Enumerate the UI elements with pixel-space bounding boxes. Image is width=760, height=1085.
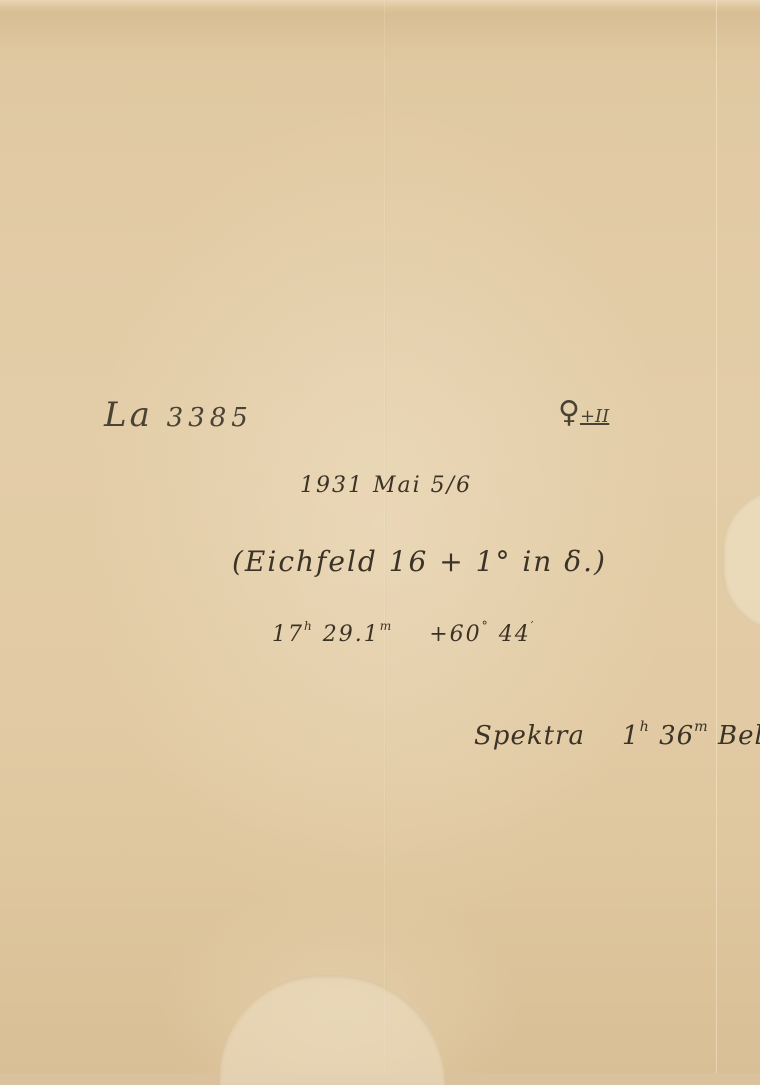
ra-hours: 17 <box>272 622 304 647</box>
mark-sub: +II <box>580 406 609 427</box>
spectra-label: Spektra <box>474 721 585 751</box>
dec-degrees-unit: ° <box>482 619 490 633</box>
catalog-number: 3385 <box>167 403 253 433</box>
exposure-minutes: 36 <box>659 721 694 751</box>
dec-minutes: 44 <box>499 622 531 647</box>
envelope-paper <box>0 0 760 1073</box>
exposure-minutes-unit: m <box>694 719 709 735</box>
mark-symbol: ♀ <box>558 395 580 430</box>
exposure-hours-unit: h <box>640 719 650 735</box>
plate-mark: ♀+II <box>558 398 609 428</box>
top-fold-edge <box>0 0 760 14</box>
ra-minutes-unit: m <box>380 619 393 633</box>
right-flap-edge <box>716 0 717 1073</box>
field-reference: (Eichfeld 16 + 1° in δ.) <box>232 548 607 576</box>
dec-minutes-unit: ′ <box>531 619 536 633</box>
coordinates: 17h 29.1m +60° 44′ <box>272 620 535 646</box>
dec-degrees: +60 <box>429 622 481 647</box>
catalog-designation: La 3385 <box>104 398 253 432</box>
spectra-exposure: Spektra 1h 36m Bel. <box>474 720 760 749</box>
observation-date: 1931 Mai 5/6 <box>300 475 472 497</box>
exposure-hours: 1 <box>622 721 640 751</box>
ra-hours-unit: h <box>304 619 314 633</box>
catalog-prefix: La <box>104 395 153 435</box>
center-crease <box>384 0 386 1073</box>
exposure-suffix: Bel. <box>718 721 760 751</box>
ra-minutes: 29.1 <box>323 622 380 647</box>
